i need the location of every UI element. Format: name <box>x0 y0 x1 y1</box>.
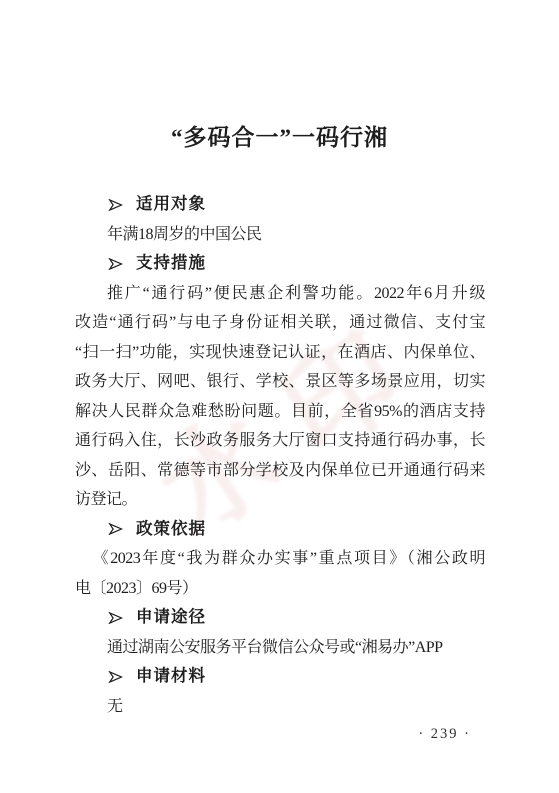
body-line: 通过湖南公安服务平台微信公众号或“湘易办”APP <box>75 633 485 663</box>
body-line: 解决人民群众急难愁盼问题。目前，全省95%的酒店支持 <box>75 397 485 427</box>
body-line: 年满18周岁的中国公民 <box>75 220 485 250</box>
section-heading-label: 申请材料 <box>136 662 206 692</box>
body-line: 通行码入住，长沙政务服务大厅窗口支持通行码办事，长 <box>75 426 485 456</box>
arrow-bullet-icon <box>108 258 123 270</box>
body-line: 电〔2023〕69号） <box>75 574 485 604</box>
section-heading-applicable-users: 适用对象 <box>75 190 485 220</box>
section-heading-application-materials: 申请材料 <box>75 662 485 692</box>
body-line: 政务大厅、网吧、银行、学校、景区等多场景应用，切实 <box>75 367 485 397</box>
section-heading-label: 适用对象 <box>136 190 206 220</box>
body-line: 沙、岳阳、常德等市部分学校及内保单位已开通通行码来 <box>75 456 485 486</box>
body-line: 改造“通行码”与电子身份证相关联，通过微信、支付宝 <box>75 308 485 338</box>
body-line: 无 <box>75 692 485 722</box>
body-line: 推广“通行码”便民惠企利警功能。2022年6月升级 <box>75 279 485 309</box>
arrow-bullet-icon <box>108 612 123 624</box>
body-line: “扫一扫”功能，实现快速登记认证，在酒店、内保单位、 <box>75 338 485 368</box>
section-heading-support-measures: 支持措施 <box>75 249 485 279</box>
document-page: 水印 “多码合一”一码行湘 适用对象 年满18周岁的中国公民 支持措施 推广“通… <box>0 0 559 793</box>
document-body: 适用对象 年满18周岁的中国公民 支持措施 推广“通行码”便民惠企利警功能。20… <box>75 190 485 721</box>
arrow-bullet-icon <box>108 199 123 211</box>
arrow-bullet-icon <box>108 523 123 535</box>
page-title: “多码合一”一码行湘 <box>0 122 559 154</box>
page-number: · 239 · <box>0 726 559 743</box>
section-heading-application-channel: 申请途径 <box>75 603 485 633</box>
section-heading-label: 政策依据 <box>136 515 206 545</box>
section-heading-label: 申请途径 <box>136 603 206 633</box>
body-line: 《2023年度“我为群众办实事”重点项目》（湘公政明 <box>75 544 485 574</box>
section-heading-label: 支持措施 <box>136 249 206 279</box>
body-line: 访登记。 <box>75 485 485 515</box>
arrow-bullet-icon <box>108 671 123 683</box>
section-heading-policy-basis: 政策依据 <box>75 515 485 545</box>
